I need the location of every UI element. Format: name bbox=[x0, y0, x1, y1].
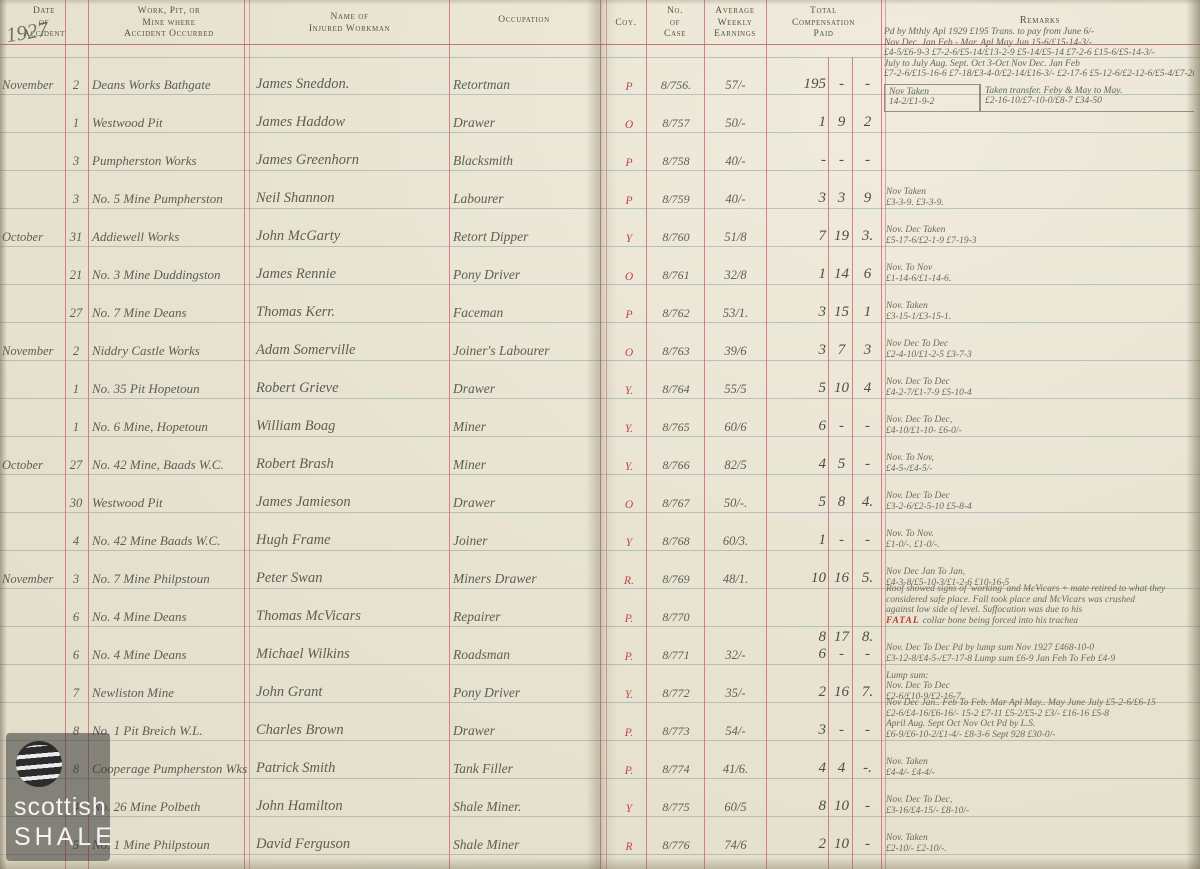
work-place-cell: Newliston Mine bbox=[92, 685, 250, 701]
work-place-cell: No. 42 Mine, Baads W.C. bbox=[92, 457, 250, 473]
workman-name-cell: Hugh Frame bbox=[256, 532, 450, 549]
remark-cell: Nov. To Nov,£4-5-/£4-5/- bbox=[886, 453, 1194, 474]
workman-name-cell: James Haddow bbox=[256, 114, 450, 131]
page-edge-bottom bbox=[0, 857, 1200, 869]
weekly-earnings-cell: 50/-. bbox=[706, 496, 765, 511]
occupation-cell: Joiner bbox=[453, 533, 595, 549]
weekly-earnings-cell: 41/6. bbox=[706, 762, 765, 777]
remark-cell: Nov Dec Jan.. Feb To Feb. Mar Apl May.. … bbox=[886, 698, 1194, 740]
date-day-cell: 4 bbox=[64, 534, 88, 549]
occupation-cell: Repairer bbox=[453, 609, 595, 625]
remark-cell: Roof showed signs of 'working' and McVic… bbox=[886, 584, 1194, 626]
workman-name-cell: James Greenhorn bbox=[256, 152, 450, 169]
remark-cell: Nov. Dec To Dec,£3-16/£4-15/- £8-10/- bbox=[886, 795, 1194, 816]
header-occupation: Occupation bbox=[450, 6, 598, 27]
date-day-cell: 6 bbox=[64, 648, 88, 663]
header-work: Work, Pit, orMine whereAccident Occurred bbox=[90, 6, 248, 41]
date-day-cell: 30 bbox=[64, 496, 88, 511]
work-place-cell: No. 26 Mine Polbeth bbox=[92, 799, 250, 815]
work-place-cell: Deans Works Bathgate bbox=[92, 77, 250, 93]
work-place-cell: Niddry Castle Works bbox=[92, 343, 250, 359]
case-number-cell: 8/766 bbox=[648, 458, 704, 473]
workman-name-cell: David Ferguson bbox=[256, 836, 450, 853]
header-case: No.ofCase bbox=[646, 6, 704, 41]
compensation-cell: 210- bbox=[766, 836, 881, 853]
occupation-cell: Drawer bbox=[453, 115, 595, 131]
case-number-cell: 8/772 bbox=[648, 686, 704, 701]
weekly-earnings-cell: 51/8 bbox=[706, 230, 765, 245]
compensation-cell: 192 bbox=[766, 114, 881, 131]
workman-name-cell: John Hamilton bbox=[256, 798, 450, 815]
watermark-text-scottish: scottish bbox=[14, 793, 107, 822]
workman-name-cell: James Sneddon. bbox=[256, 76, 450, 93]
work-place-cell: No. 42 Mine Baads W.C. bbox=[92, 533, 250, 549]
remark-cell: Nov. Dec To Dec Pd by lump sum Nov 1927 … bbox=[886, 643, 1194, 664]
occupation-cell: Shale Miner bbox=[453, 837, 595, 853]
workman-name-cell: Thomas Kerr. bbox=[256, 304, 450, 321]
work-place-cell: Pumpherston Works bbox=[92, 153, 250, 169]
date-day-cell: 3 bbox=[64, 154, 88, 169]
case-number-cell: 8/775 bbox=[648, 800, 704, 815]
occupation-cell: Roadsman bbox=[453, 647, 595, 663]
watermark-text-shale: SHALE bbox=[14, 823, 116, 852]
occupation-cell: Labourer bbox=[453, 191, 595, 207]
work-place-cell: No. 4 Mine Deans bbox=[92, 609, 250, 625]
case-number-cell: 8/763 bbox=[648, 344, 704, 359]
occupation-cell: Miners Drawer bbox=[453, 571, 595, 587]
remark-cell: Nov. Taken£4-4/- £4-4/- bbox=[886, 757, 1194, 778]
remark-cell: Nov. Taken£2-10/- £2-10/-. bbox=[886, 833, 1194, 854]
work-place-cell: No. 6 Mine, Hopetoun bbox=[92, 419, 250, 435]
workman-name-cell: Thomas McVicars bbox=[256, 608, 450, 625]
workman-name-cell: John Grant bbox=[256, 684, 450, 701]
case-number-cell: 8/757 bbox=[648, 116, 704, 131]
compensation-cell: 44-. bbox=[766, 760, 881, 777]
compensation-cell: 5104 bbox=[766, 380, 881, 397]
work-place-cell: Addiewell Works bbox=[92, 229, 250, 245]
case-number-cell: 8/765 bbox=[648, 420, 704, 435]
case-number-cell: 8/771 bbox=[648, 648, 704, 663]
case-number-cell: 8/764 bbox=[648, 382, 704, 397]
header-name: Name ofInjured Workman bbox=[250, 6, 449, 35]
work-place-cell: No. 4 Mine Deans bbox=[92, 647, 250, 663]
case-number-cell: 8/760 bbox=[648, 230, 704, 245]
compensation-cell: 1-- bbox=[766, 532, 881, 549]
case-number-cell: 8/774 bbox=[648, 762, 704, 777]
work-place-cell: No. 7 Mine Deans bbox=[92, 305, 250, 321]
case-number-cell: 8/767 bbox=[648, 496, 704, 511]
weekly-earnings-cell: 82/5 bbox=[706, 458, 765, 473]
date-day-cell: 3 bbox=[64, 192, 88, 207]
weekly-earnings-cell: 39/6 bbox=[706, 344, 765, 359]
workman-name-cell: James Jamieson bbox=[256, 494, 450, 511]
date-day-cell: 6 bbox=[64, 610, 88, 625]
header-remarks: Remarks bbox=[885, 6, 1195, 27]
date-month-cell: November bbox=[2, 78, 64, 93]
remark-cell: Nov Dec To Dec£2-4-10/£1-2-5 £3-7-3 bbox=[886, 339, 1194, 360]
occupation-cell: Drawer bbox=[453, 381, 595, 397]
occupation-cell: Pony Driver bbox=[453, 267, 595, 283]
compensation-cell: --- bbox=[766, 152, 881, 169]
date-month-cell: October bbox=[2, 230, 64, 245]
work-place-cell: No. 3 Mine Duddingston bbox=[92, 267, 250, 283]
case-number-cell: 8/761 bbox=[648, 268, 704, 283]
compensation-cell: 2167. bbox=[766, 684, 881, 701]
occupation-cell: Pony Driver bbox=[453, 685, 595, 701]
workman-name-cell: Robert Brash bbox=[256, 456, 450, 473]
remark-cell: Nov. Dec To Dec,£4-10/£1-10- £6-0/- bbox=[886, 415, 1194, 436]
work-place-cell: Westwood Pit bbox=[92, 495, 250, 511]
weekly-earnings-cell: 40/- bbox=[706, 192, 765, 207]
workman-name-cell: Neil Shannon bbox=[256, 190, 450, 207]
occupation-cell: Joiner's Labourer bbox=[453, 343, 595, 359]
date-month-cell: November bbox=[2, 344, 64, 359]
date-day-cell: 2 bbox=[64, 78, 88, 93]
remark-cell: Nov Taken£3-3-9. £3-3-9. bbox=[886, 187, 1194, 208]
workman-name-cell: William Boag bbox=[256, 418, 450, 435]
occupation-cell: Drawer bbox=[453, 723, 595, 739]
weekly-earnings-cell: 60/5 bbox=[706, 800, 765, 815]
date-day-cell: 2 bbox=[64, 344, 88, 359]
globe-logo-icon bbox=[16, 741, 62, 787]
scottish-shale-watermark: scottish SHALE bbox=[6, 733, 110, 861]
page-edge-top bbox=[0, 0, 1200, 5]
compensation-cell: 3151 bbox=[766, 304, 881, 321]
date-day-cell: 27 bbox=[64, 458, 88, 473]
date-day-cell: 31 bbox=[64, 230, 88, 245]
weekly-earnings-cell: 60/3. bbox=[706, 534, 765, 549]
compensation-cell: {3-- bbox=[766, 722, 881, 739]
weekly-earnings-cell: 53/1. bbox=[706, 306, 765, 321]
binding-gutter bbox=[586, 0, 618, 869]
weekly-earnings-cell: 54/- bbox=[706, 724, 765, 739]
compensation-cell: 810- bbox=[766, 798, 881, 815]
compensation-cell: 45- bbox=[766, 456, 881, 473]
case-number-cell: 8/756. bbox=[648, 78, 704, 93]
remark-cell: Nov. Dec To Dec£4-2-7/£1-7-9 £5-10-4 bbox=[886, 377, 1194, 398]
workman-name-cell: Michael Wilkins bbox=[256, 646, 450, 663]
date-day-cell: 1 bbox=[64, 420, 88, 435]
date-day-cell: 1 bbox=[64, 382, 88, 397]
occupation-cell: Drawer bbox=[453, 495, 595, 511]
page-edge-left bbox=[0, 0, 7, 869]
compensation-cell: 373 bbox=[766, 342, 881, 359]
workman-name-cell: Peter Swan bbox=[256, 570, 450, 587]
work-place-cell: No. 7 Mine Philpstoun bbox=[92, 571, 250, 587]
work-place-cell: Westwood Pit bbox=[92, 115, 250, 131]
workman-name-cell: Adam Somerville bbox=[256, 342, 450, 359]
date-day-cell: 7 bbox=[64, 686, 88, 701]
compensation-cell: 195-- bbox=[766, 76, 881, 93]
occupation-cell: Miner bbox=[453, 457, 595, 473]
occupation-cell: Tank Filler bbox=[453, 761, 595, 777]
case-number-cell: 8/776 bbox=[648, 838, 704, 853]
date-day-cell: 27 bbox=[64, 306, 88, 321]
remark-cell: Nov. Taken£3-15-1/£3-15-1. bbox=[886, 301, 1194, 322]
remark-cell: Nov. Dec To Dec£3-2-6/£2-5-10 £5-8-4 bbox=[886, 491, 1194, 512]
compensation-cell: 584. bbox=[766, 494, 881, 511]
case-number-cell: 8/773 bbox=[648, 724, 704, 739]
weekly-earnings-cell: 40/- bbox=[706, 154, 765, 169]
date-month-cell: October bbox=[2, 458, 64, 473]
workman-name-cell: James Rennie bbox=[256, 266, 450, 283]
case-number-cell: 8/770 bbox=[648, 610, 704, 625]
weekly-earnings-cell: 48/1. bbox=[706, 572, 765, 587]
remark-cell: Nov. To Nov£1-14-6/£1-14-6. bbox=[886, 263, 1194, 284]
compensation-cell: 1146 bbox=[766, 266, 881, 283]
weekly-earnings-cell: 55/5 bbox=[706, 382, 765, 397]
header-compensation: TotalCompensationPaid bbox=[766, 6, 881, 41]
date-day-cell: 21 bbox=[64, 268, 88, 283]
case-number-cell: 8/768 bbox=[648, 534, 704, 549]
occupation-cell: Shale Miner. bbox=[453, 799, 595, 815]
occupation-cell: Retortman bbox=[453, 77, 595, 93]
occupation-cell: Blacksmith bbox=[453, 153, 595, 169]
work-place-cell: No. 35 Pit Hopetoun bbox=[92, 381, 250, 397]
workman-name-cell: Charles Brown bbox=[256, 722, 450, 739]
weekly-earnings-cell: 32/8 bbox=[706, 268, 765, 283]
compensation-cell: 10165. bbox=[766, 570, 881, 587]
remark-cell: Nov. To Nov.£1-0/-. £1-0/-. bbox=[886, 529, 1194, 550]
remark-cell: Nov. Dec Taken£5-17-6/£2-1-9 £7-19-3 bbox=[886, 225, 1194, 246]
occupation-cell: Retort Dipper bbox=[453, 229, 595, 245]
weekly-earnings-cell: 57/- bbox=[706, 78, 765, 93]
compensation-cell: 6-- bbox=[766, 418, 881, 435]
case-number-cell: 8/758 bbox=[648, 154, 704, 169]
weekly-earnings-cell: 50/- bbox=[706, 116, 765, 131]
work-place-cell: No. 5 Mine Pumpherston bbox=[92, 191, 250, 207]
case-number-cell: 8/759 bbox=[648, 192, 704, 207]
occupation-cell: Miner bbox=[453, 419, 595, 435]
case-number-cell: 8/769 bbox=[648, 572, 704, 587]
date-day-cell: 3 bbox=[64, 572, 88, 587]
weekly-earnings-cell: 35/- bbox=[706, 686, 765, 701]
workman-name-cell: Patrick Smith bbox=[256, 760, 450, 777]
weekly-earnings-cell: 74/6 bbox=[706, 838, 765, 853]
work-place-cell: No. 1 Pit Breich W.L. bbox=[92, 723, 250, 739]
compensation-cell: 7193. bbox=[766, 228, 881, 245]
workman-name-cell: Robert Grieve bbox=[256, 380, 450, 397]
weekly-earnings-cell: 32/- bbox=[706, 648, 765, 663]
compensation-cell: {8178.6-- bbox=[766, 644, 881, 663]
work-place-cell: Cooperage Pumpherston Wks bbox=[92, 761, 250, 777]
weekly-earnings-cell: 60/6 bbox=[706, 420, 765, 435]
page-edge-right bbox=[1186, 0, 1200, 869]
header-earnings: AverageWeeklyEarnings bbox=[704, 6, 766, 41]
case-number-cell: 8/762 bbox=[648, 306, 704, 321]
date-month-cell: November bbox=[2, 572, 64, 587]
date-day-cell: 1 bbox=[64, 116, 88, 131]
compensation-cell: 339 bbox=[766, 190, 881, 207]
ledger-page: DateofAccident Work, Pit, orMine whereAc… bbox=[0, 0, 1200, 869]
workman-name-cell: John McGarty bbox=[256, 228, 450, 245]
occupation-cell: Faceman bbox=[453, 305, 595, 321]
